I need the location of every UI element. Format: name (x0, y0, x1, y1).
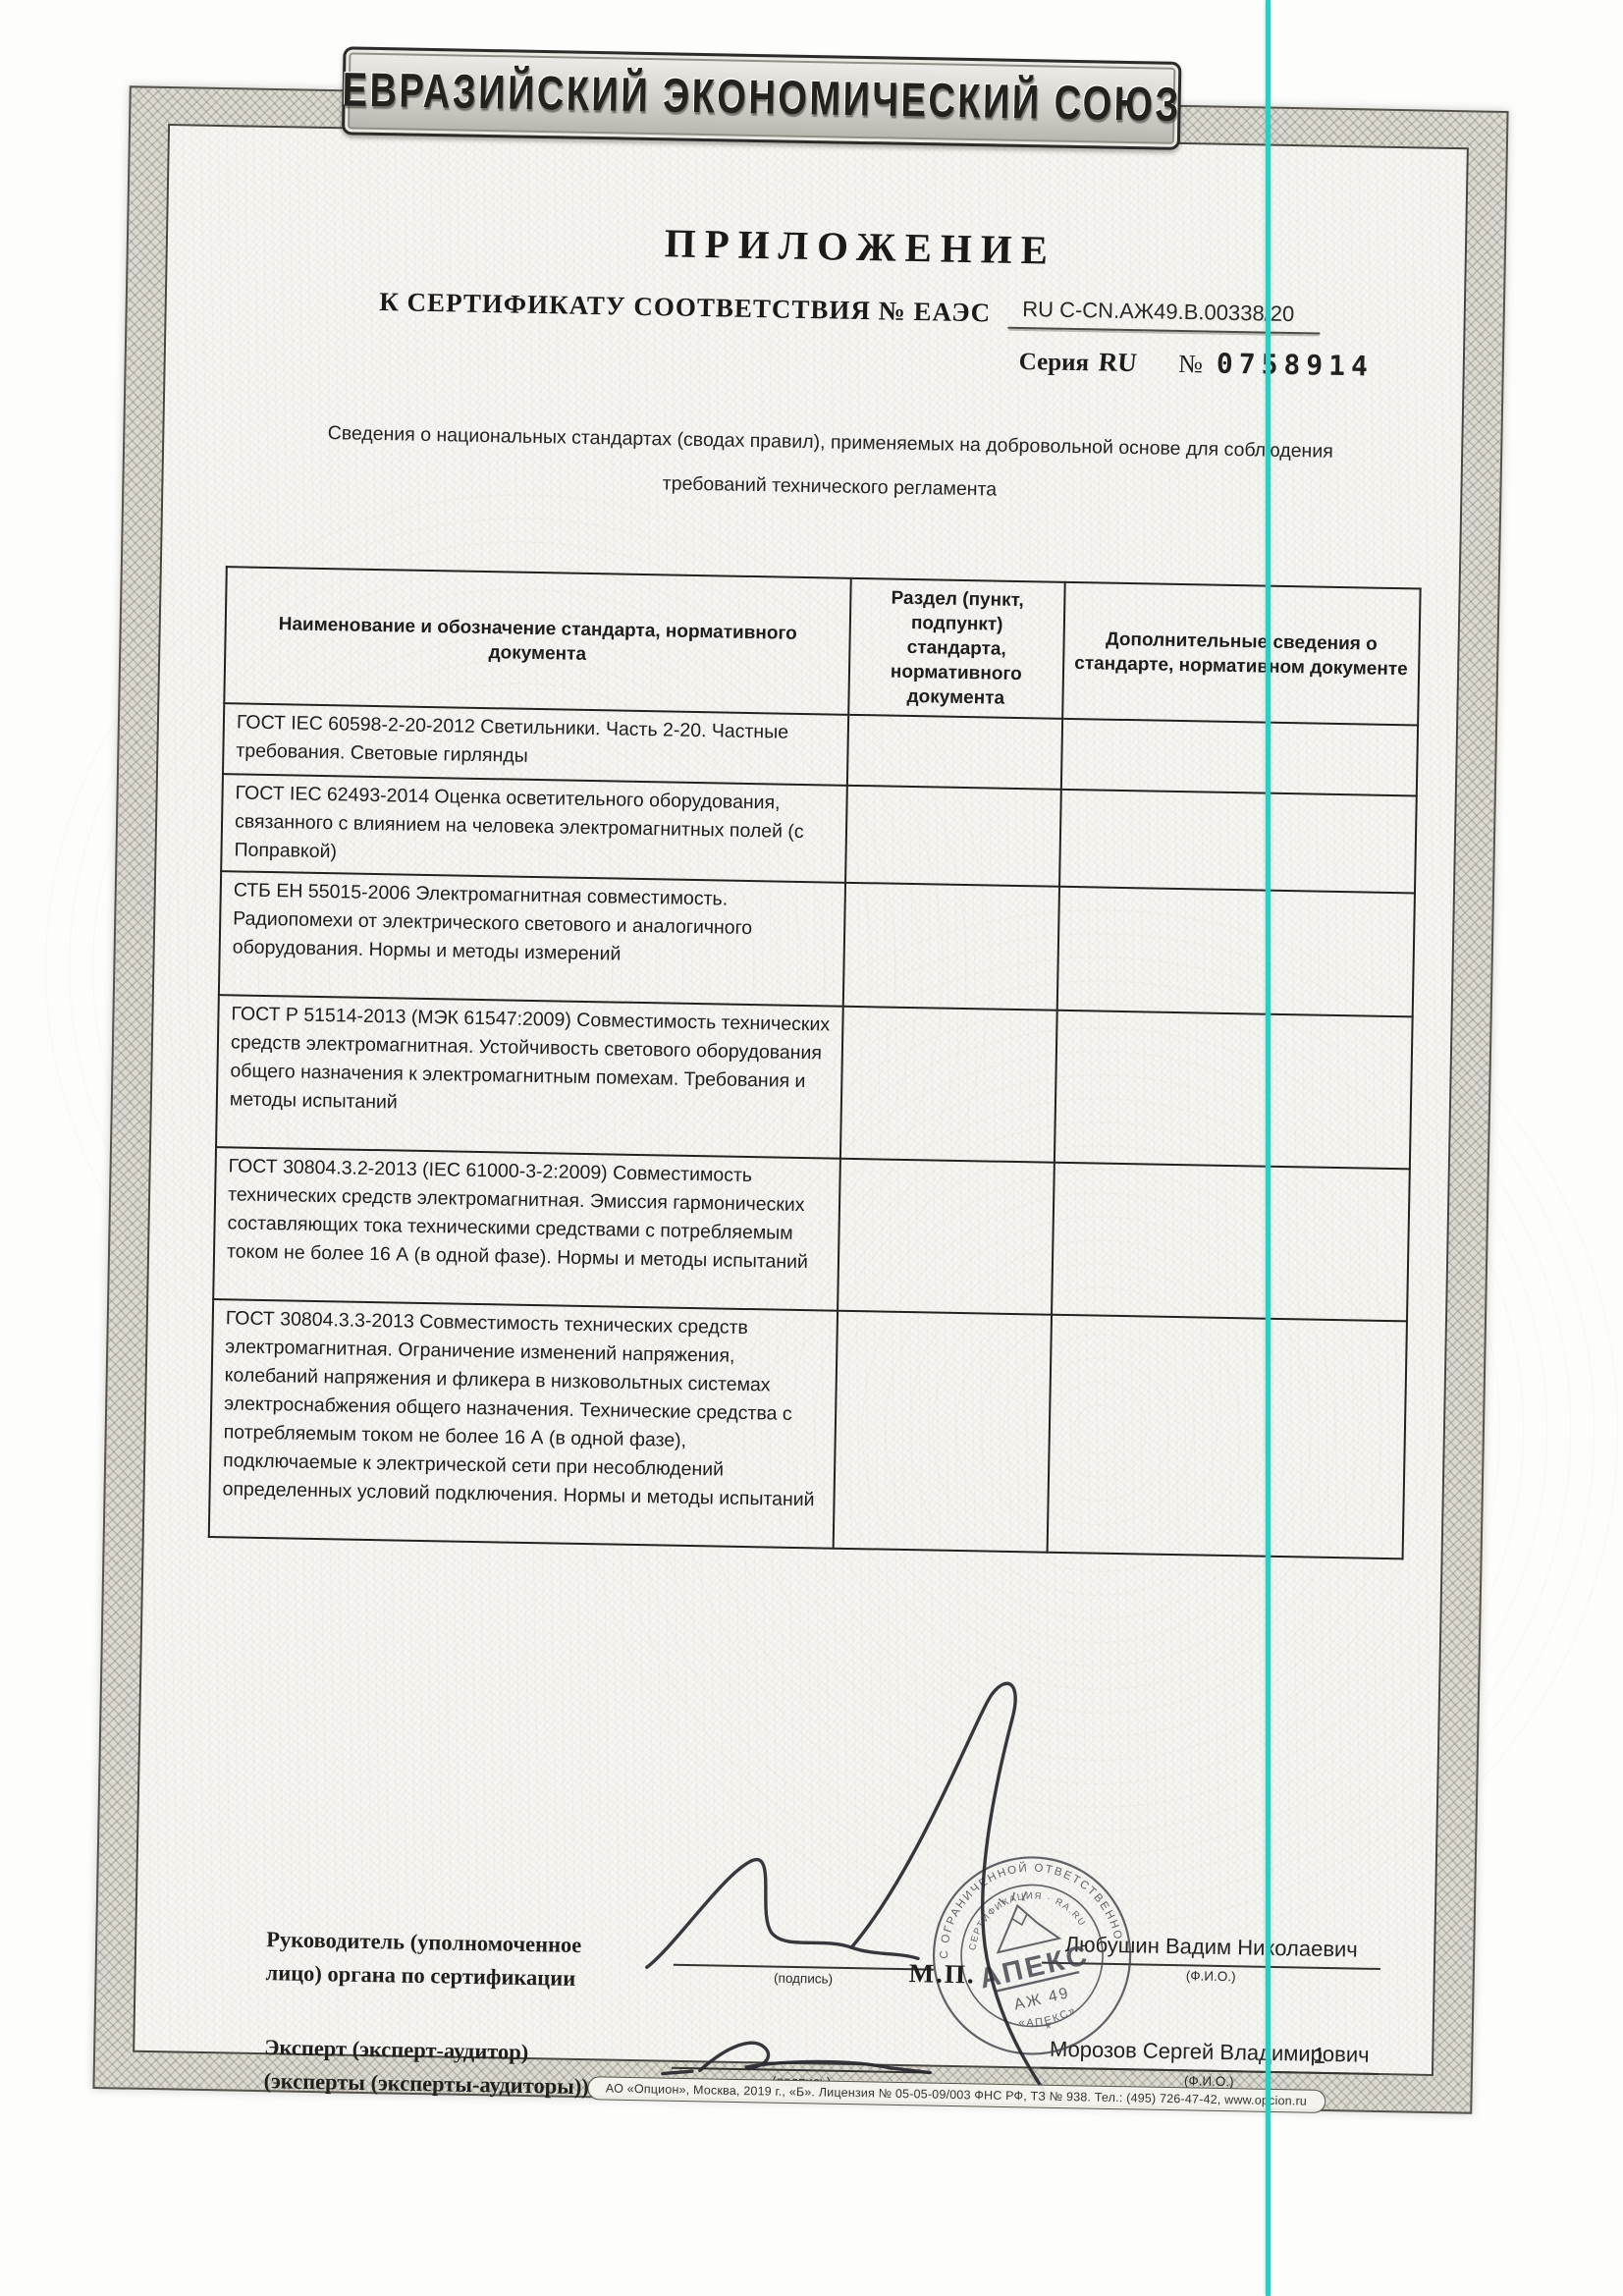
details-cell (1056, 887, 1415, 1017)
page-title: ПРИЛОЖЕНИЕ (212, 211, 1510, 282)
details-cell (1055, 1011, 1413, 1170)
section-cell (847, 715, 1062, 790)
standard-name-cell: ГОСТ 30804.3.2-2013 (IEC 61000-3-2:2009)… (213, 1147, 840, 1311)
details-cell (1060, 719, 1418, 796)
table-row: ГОСТ 30804.3.3-2013 Совместимость технич… (209, 1299, 1407, 1558)
scanned-page: ЕВРАЗИЙСКИЙ ЭКОНОМИЧЕСКИЙ СОЮЗ ПРИЛОЖЕНИ… (92, 85, 1508, 2113)
page-number: 1 (1313, 2043, 1325, 2069)
eaeu-banner-text: ЕВРАЗИЙСКИЙ ЭКОНОМИЧЕСКИЙ СОЮЗ (342, 64, 1181, 134)
certificate-number: RU C-CN.АЖ49.В.00338/20 (1008, 297, 1321, 335)
number-sign: № (1178, 350, 1203, 379)
intro-paragraph: Сведения о национальных стандартах (свод… (181, 409, 1479, 520)
section-cell (840, 1007, 1056, 1163)
scanner-artifact-line (1266, 0, 1271, 2296)
series-value: RU (1098, 347, 1139, 378)
details-cell (1047, 1315, 1407, 1559)
standard-name-cell: СТБ ЕН 55015-2006 Электромагнитная совме… (219, 871, 845, 1007)
head-signature-stroke (647, 1858, 920, 1973)
expert-signature-stroke (700, 2042, 930, 2074)
standard-name-cell: ГОСТ 30804.3.3-2013 Совместимость технич… (209, 1299, 838, 1549)
certificate-line: К СЕРТИФИКАТУ СООТВЕТСТВИЯ № ЕАЭС RU C-C… (201, 282, 1498, 338)
details-cell (1052, 1163, 1410, 1322)
section-cell (834, 1311, 1052, 1553)
expert-signature-dash (663, 2071, 692, 2075)
standard-name-cell: ГОСТ IEC 60598-2-20-2012 Светильники. Ча… (223, 703, 848, 786)
series-line: Серия RU № 0758914 (1019, 344, 1375, 383)
header-section: Раздел (пункт, подпункт) стандарта, норм… (848, 578, 1064, 719)
standards-table: Наименование и обозначение стандарта, но… (208, 566, 1422, 1559)
standard-name-cell: ГОСТ IEC 62493-2014 Оценка осветительног… (221, 774, 847, 883)
certificate-label: К СЕРТИФИКАТУ СООТВЕТСТВИЯ № ЕАЭС (379, 287, 991, 328)
table-row: ГОСТ Р 51514-2013 (МЭК 61547:2009) Совме… (216, 995, 1413, 1169)
guilloche-border: ЕВРАЗИЙСКИЙ ЭКОНОМИЧЕСКИЙ СОЮЗ ПРИЛОЖЕНИ… (92, 85, 1508, 2113)
table-header-row: Наименование и обозначение стандарта, но… (224, 567, 1420, 725)
section-cell (843, 883, 1059, 1011)
stamp-place-label: М.П. (908, 1958, 976, 1990)
signature-flourish-stroke (848, 1680, 1056, 2098)
details-cell (1059, 790, 1417, 894)
eaeu-banner: ЕВРАЗИЙСКИЙ ЭКОНОМИЧЕСКИЙ СОЮЗ (342, 46, 1182, 150)
standard-name-cell: ГОСТ Р 51514-2013 (МЭК 61547:2009) Совме… (216, 995, 843, 1159)
table-row: СТБ ЕН 55015-2006 Электромагнитная совме… (219, 871, 1415, 1016)
section-cell (838, 1159, 1054, 1315)
table-row: ГОСТ 30804.3.2-2013 (IEC 61000-3-2:2009)… (213, 1147, 1410, 1321)
header-standard-name: Наименование и обозначение стандарта, но… (224, 567, 850, 715)
header-details: Дополнительные сведения о стандарте, нор… (1062, 582, 1421, 726)
blank-number: 0758914 (1217, 348, 1375, 383)
section-cell (845, 786, 1060, 887)
series-label: Серия (1019, 349, 1090, 377)
scanned-certificate-page: { "page": { "banner": "ЕВРАЗИЙСКИЙ ЭКОНО… (0, 0, 1623, 2296)
